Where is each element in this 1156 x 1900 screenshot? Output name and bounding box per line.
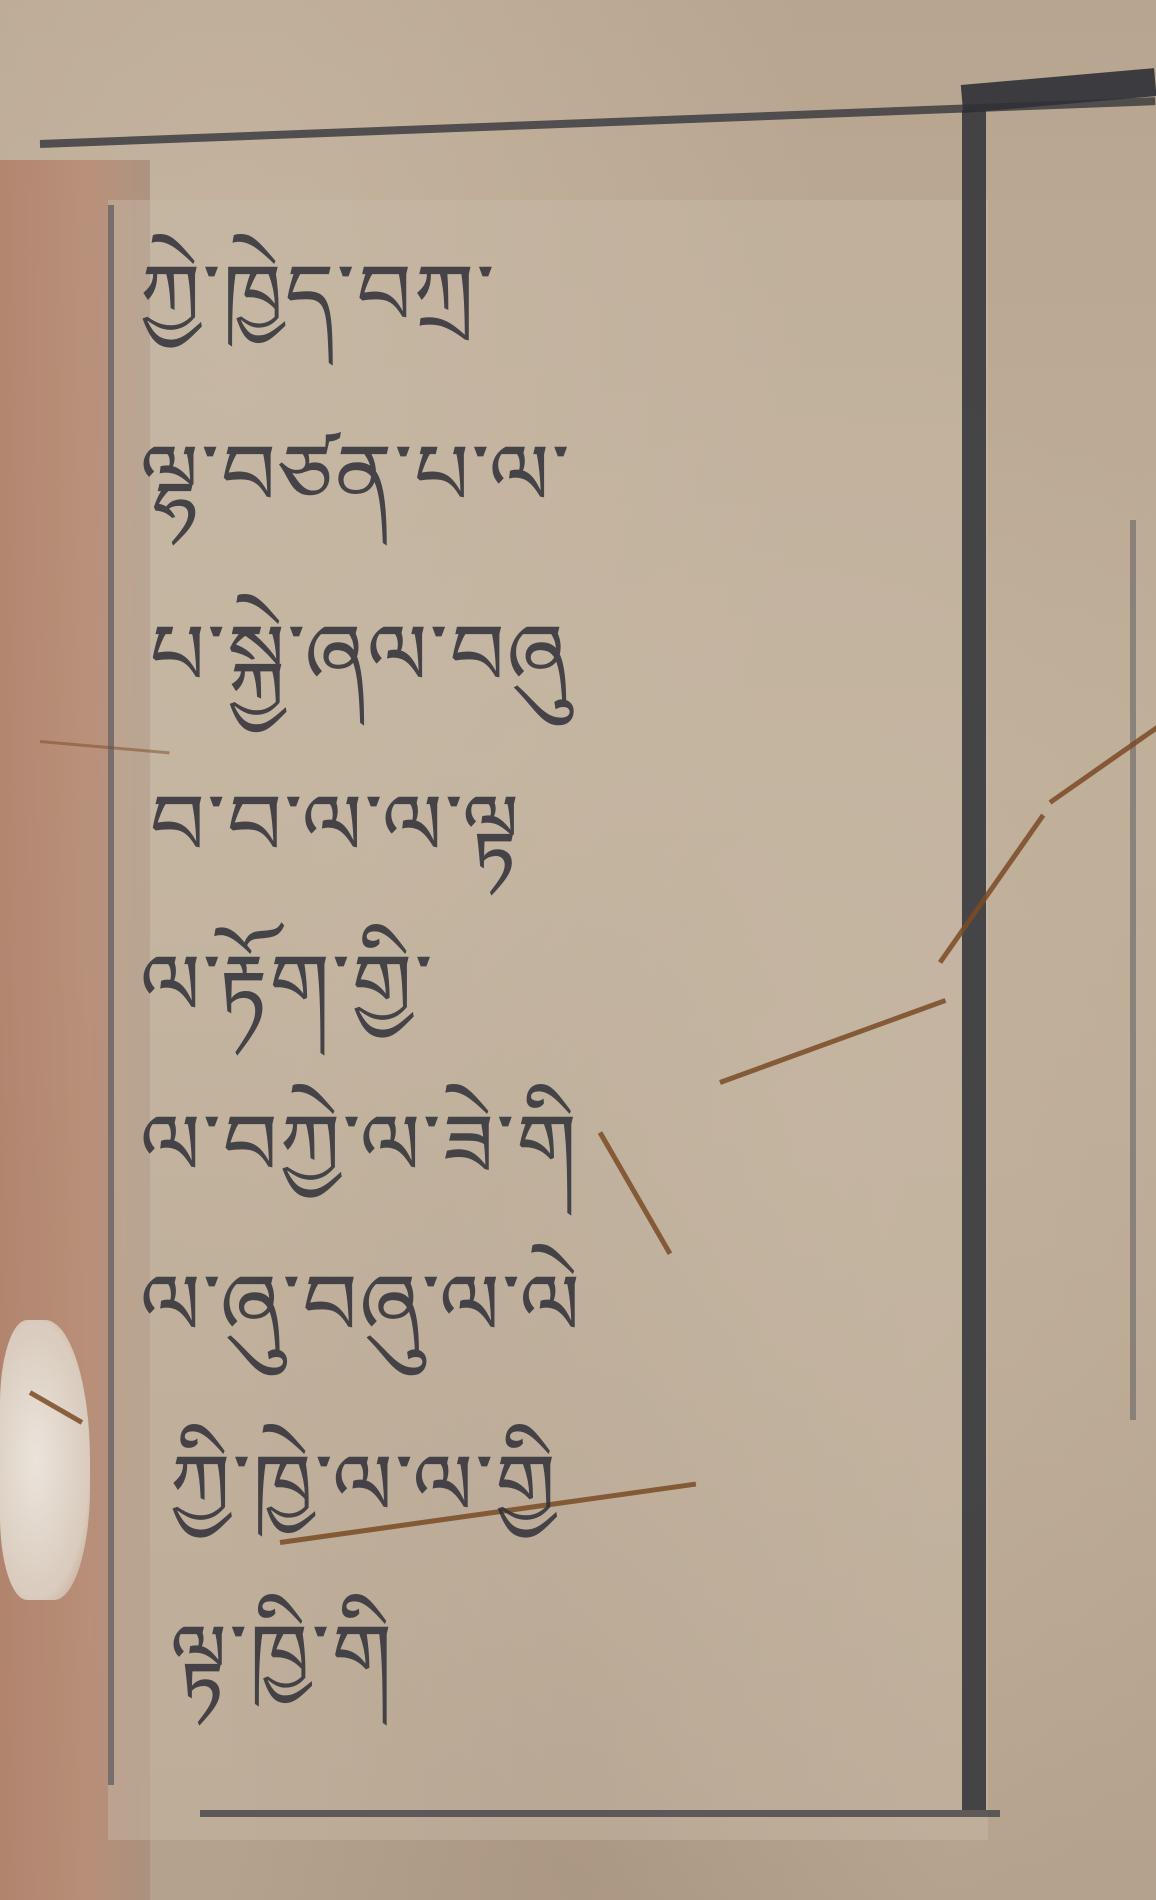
frame-right-border <box>962 110 986 1810</box>
frame-bottom-line <box>200 1810 1000 1817</box>
crack <box>1049 697 1156 804</box>
script-line-9: ལྟ་ཁྱི་གི <box>170 1560 394 1802</box>
faint-side-line <box>1130 520 1136 1420</box>
exposed-plaster-chip <box>0 1320 90 1600</box>
frame-left-line <box>108 205 114 1785</box>
wall-photo: ཀྱེ་ཁྱེད་བཀྲ་ ལྷ་བཙན་པ་ལ་ པ་སྐྱེ་ཞལ་བཞུ … <box>0 0 1156 1900</box>
